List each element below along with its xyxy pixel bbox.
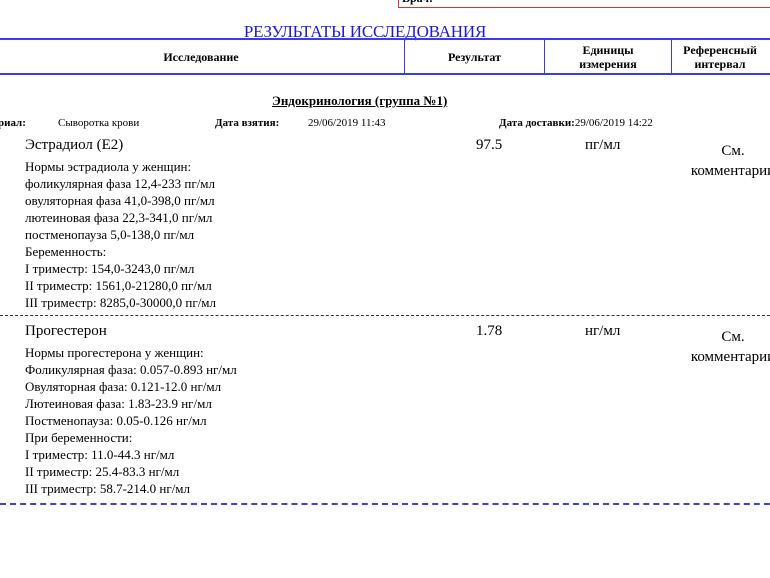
column-header-reference: Референсный интервал [671, 40, 770, 73]
delivery-date: Дата доставки:29/06/2019 14:22 [499, 117, 653, 129]
test-notes: Нормы эстрадиола у женщин: фоликулярная … [25, 158, 216, 311]
column-header-units: Единицы измерения [544, 40, 671, 73]
test-units: нг/мл [585, 323, 620, 340]
column-header-result: Результат [404, 40, 544, 73]
table-bottom-border [0, 503, 770, 505]
row-divider [0, 315, 770, 316]
test-name: Эстрадиол (E2) [25, 137, 123, 154]
group-title: Эндокринология (группа №1) [272, 93, 447, 109]
test-units: пг/мл [585, 137, 620, 154]
column-header-reference-label: Референсный интервал [675, 43, 765, 71]
test-result: 97.5 [476, 137, 502, 154]
test-reference: См. комментарии [683, 141, 770, 181]
test-reference: См. комментарии [683, 327, 770, 367]
results-table-header: Исследование Результат Единицы измерения… [0, 38, 770, 75]
test-name: Прогестерон [25, 323, 107, 340]
column-header-study: Исследование [0, 40, 404, 73]
collection-date-value: 29/06/2019 11:43 [308, 117, 386, 129]
doctor-label: Врач: [402, 0, 433, 6]
test-result: 1.78 [476, 323, 502, 340]
test-notes: Нормы прогестерона у женщин: Фоликулярна… [25, 344, 237, 497]
doctor-box: Врач: [398, 0, 770, 8]
collection-date-label: Дата взятия: [215, 117, 279, 129]
material-value: Сыворотка крови [58, 117, 139, 129]
material-label: риал: [0, 117, 26, 129]
column-header-units-label: Единицы измерения [568, 43, 648, 71]
